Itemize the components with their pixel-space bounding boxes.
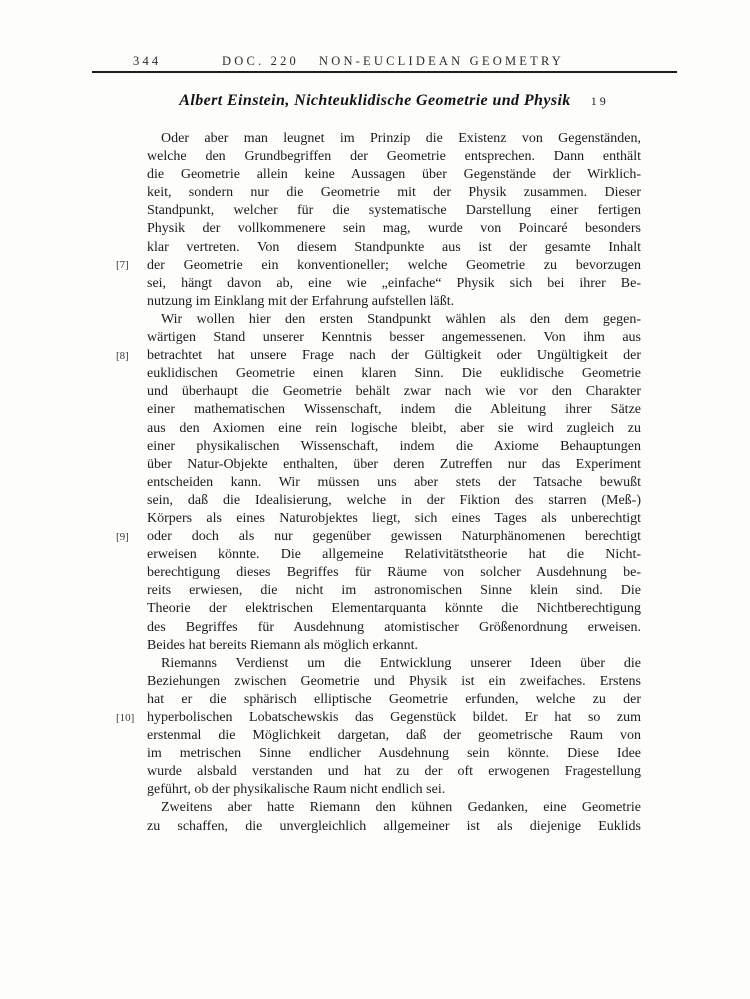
book-page: 344 DOC. 220 NON-EUCLIDEAN GEOMETRY Albe… xyxy=(0,0,750,999)
text-line: Physik der vollkommenere sein mag, wurde… xyxy=(147,220,641,238)
text-line: oder doch als nur gegenüber gewissen Nat… xyxy=(147,528,641,546)
text-line: wärtigen Stand unserer Kenntnis besser a… xyxy=(147,329,641,347)
text-line: zu schaffen, die unvergleichlich allgeme… xyxy=(147,818,641,836)
header-rule xyxy=(92,71,677,73)
text-line: der Geometrie ein konventioneller; welch… xyxy=(147,257,641,275)
text-line: Beziehungen zwischen Geometrie und Physi… xyxy=(147,673,641,691)
text-line: Körpers als eines Naturobjektes liegt, s… xyxy=(147,510,641,528)
text-line: euklidischen Geometrie einen klaren Sinn… xyxy=(147,365,641,383)
text-line: des Begriffes für Ausdehnung atomistisch… xyxy=(147,619,641,637)
text-line: Riemanns Verdienst um die Entwicklung un… xyxy=(147,655,641,673)
text-line: im metrischen Sinne endlicher Ausdehnung… xyxy=(147,745,641,763)
text-line: einer physikalischen Wissenschaft, indem… xyxy=(147,438,641,456)
text-line: nutzung im Einklang mit der Erfahrung au… xyxy=(147,293,641,311)
article-title-row: Albert Einstein, Nichteuklidische Geomet… xyxy=(147,92,641,110)
article-page-number: 19 xyxy=(591,94,609,108)
text-line: betrachtet hat unsere Frage nach der Gül… xyxy=(147,347,641,365)
running-header-page-number: 344 xyxy=(133,54,161,69)
text-line: und überhaupt die Geometrie behält zwar … xyxy=(147,383,641,401)
text-line: die Geometrie allein keine Aussagen über… xyxy=(147,166,641,184)
text-line: Oder aber man leugnet im Prinzip die Exi… xyxy=(147,130,641,148)
text-line: welche den Grundbegriffen der Geometrie … xyxy=(147,148,641,166)
text-line: Wir wollen hier den ersten Standpunkt wä… xyxy=(147,311,641,329)
text-line: einer mathematischen Wissenschaft, indem… xyxy=(147,401,641,419)
text-line: über Natur-Objekte enthalten, über deren… xyxy=(147,456,641,474)
text-line: sein, daß die Idealisierung, welche in d… xyxy=(147,492,641,510)
margin-note: [8] xyxy=(116,350,150,363)
article-title: Albert Einstein, Nichteuklidische Geomet… xyxy=(179,92,570,109)
text-line: hyperbolischen Lobatschewskis das Gegens… xyxy=(147,709,641,727)
text-line: hat er die sphärisch elliptische Geometr… xyxy=(147,691,641,709)
text-line: berechtigung dieses Begriffes für Räume … xyxy=(147,564,641,582)
text-line: Theorie der elektrischen Elementarquanta… xyxy=(147,600,641,618)
margin-note: [10] xyxy=(116,712,150,725)
running-header-doc-label: DOC. 220 xyxy=(222,54,299,69)
text-line: erweisen könnte. Die allgemeine Relativi… xyxy=(147,546,641,564)
text-line: Zweitens aber hatte Riemann den kühnen G… xyxy=(147,799,641,817)
text-line: reits erwiesen, die nicht im astronomisc… xyxy=(147,582,641,600)
text-line: Beides hat bereits Riemann als möglich e… xyxy=(147,637,641,655)
text-line: Standpunkt, welcher für die systematisch… xyxy=(147,202,641,220)
text-line: geführt, ob der physikalische Raum nicht… xyxy=(147,781,641,799)
text-line: wurde alsbald verstanden und hat zu der … xyxy=(147,763,641,781)
text-line: klar vertreten. Von diesem Standpunkte a… xyxy=(147,239,641,257)
text-line: erstenmal die Möglichkeit dargetan, daß … xyxy=(147,727,641,745)
running-header-doc-title: NON-EUCLIDEAN GEOMETRY xyxy=(319,54,564,69)
body-text: Oder aber man leugnet im Prinzip die Exi… xyxy=(147,130,641,836)
text-line: aus den Axiomen eine rein logische bleib… xyxy=(147,420,641,438)
text-line: keit, sondern nur die Geometrie mit der … xyxy=(147,184,641,202)
margin-note: [7] xyxy=(116,259,150,272)
text-line: entscheiden kann. Wir müssen uns aber st… xyxy=(147,474,641,492)
text-line: sei, hängt davon ab, eine wie „einfache“… xyxy=(147,275,641,293)
margin-note: [9] xyxy=(116,531,150,544)
